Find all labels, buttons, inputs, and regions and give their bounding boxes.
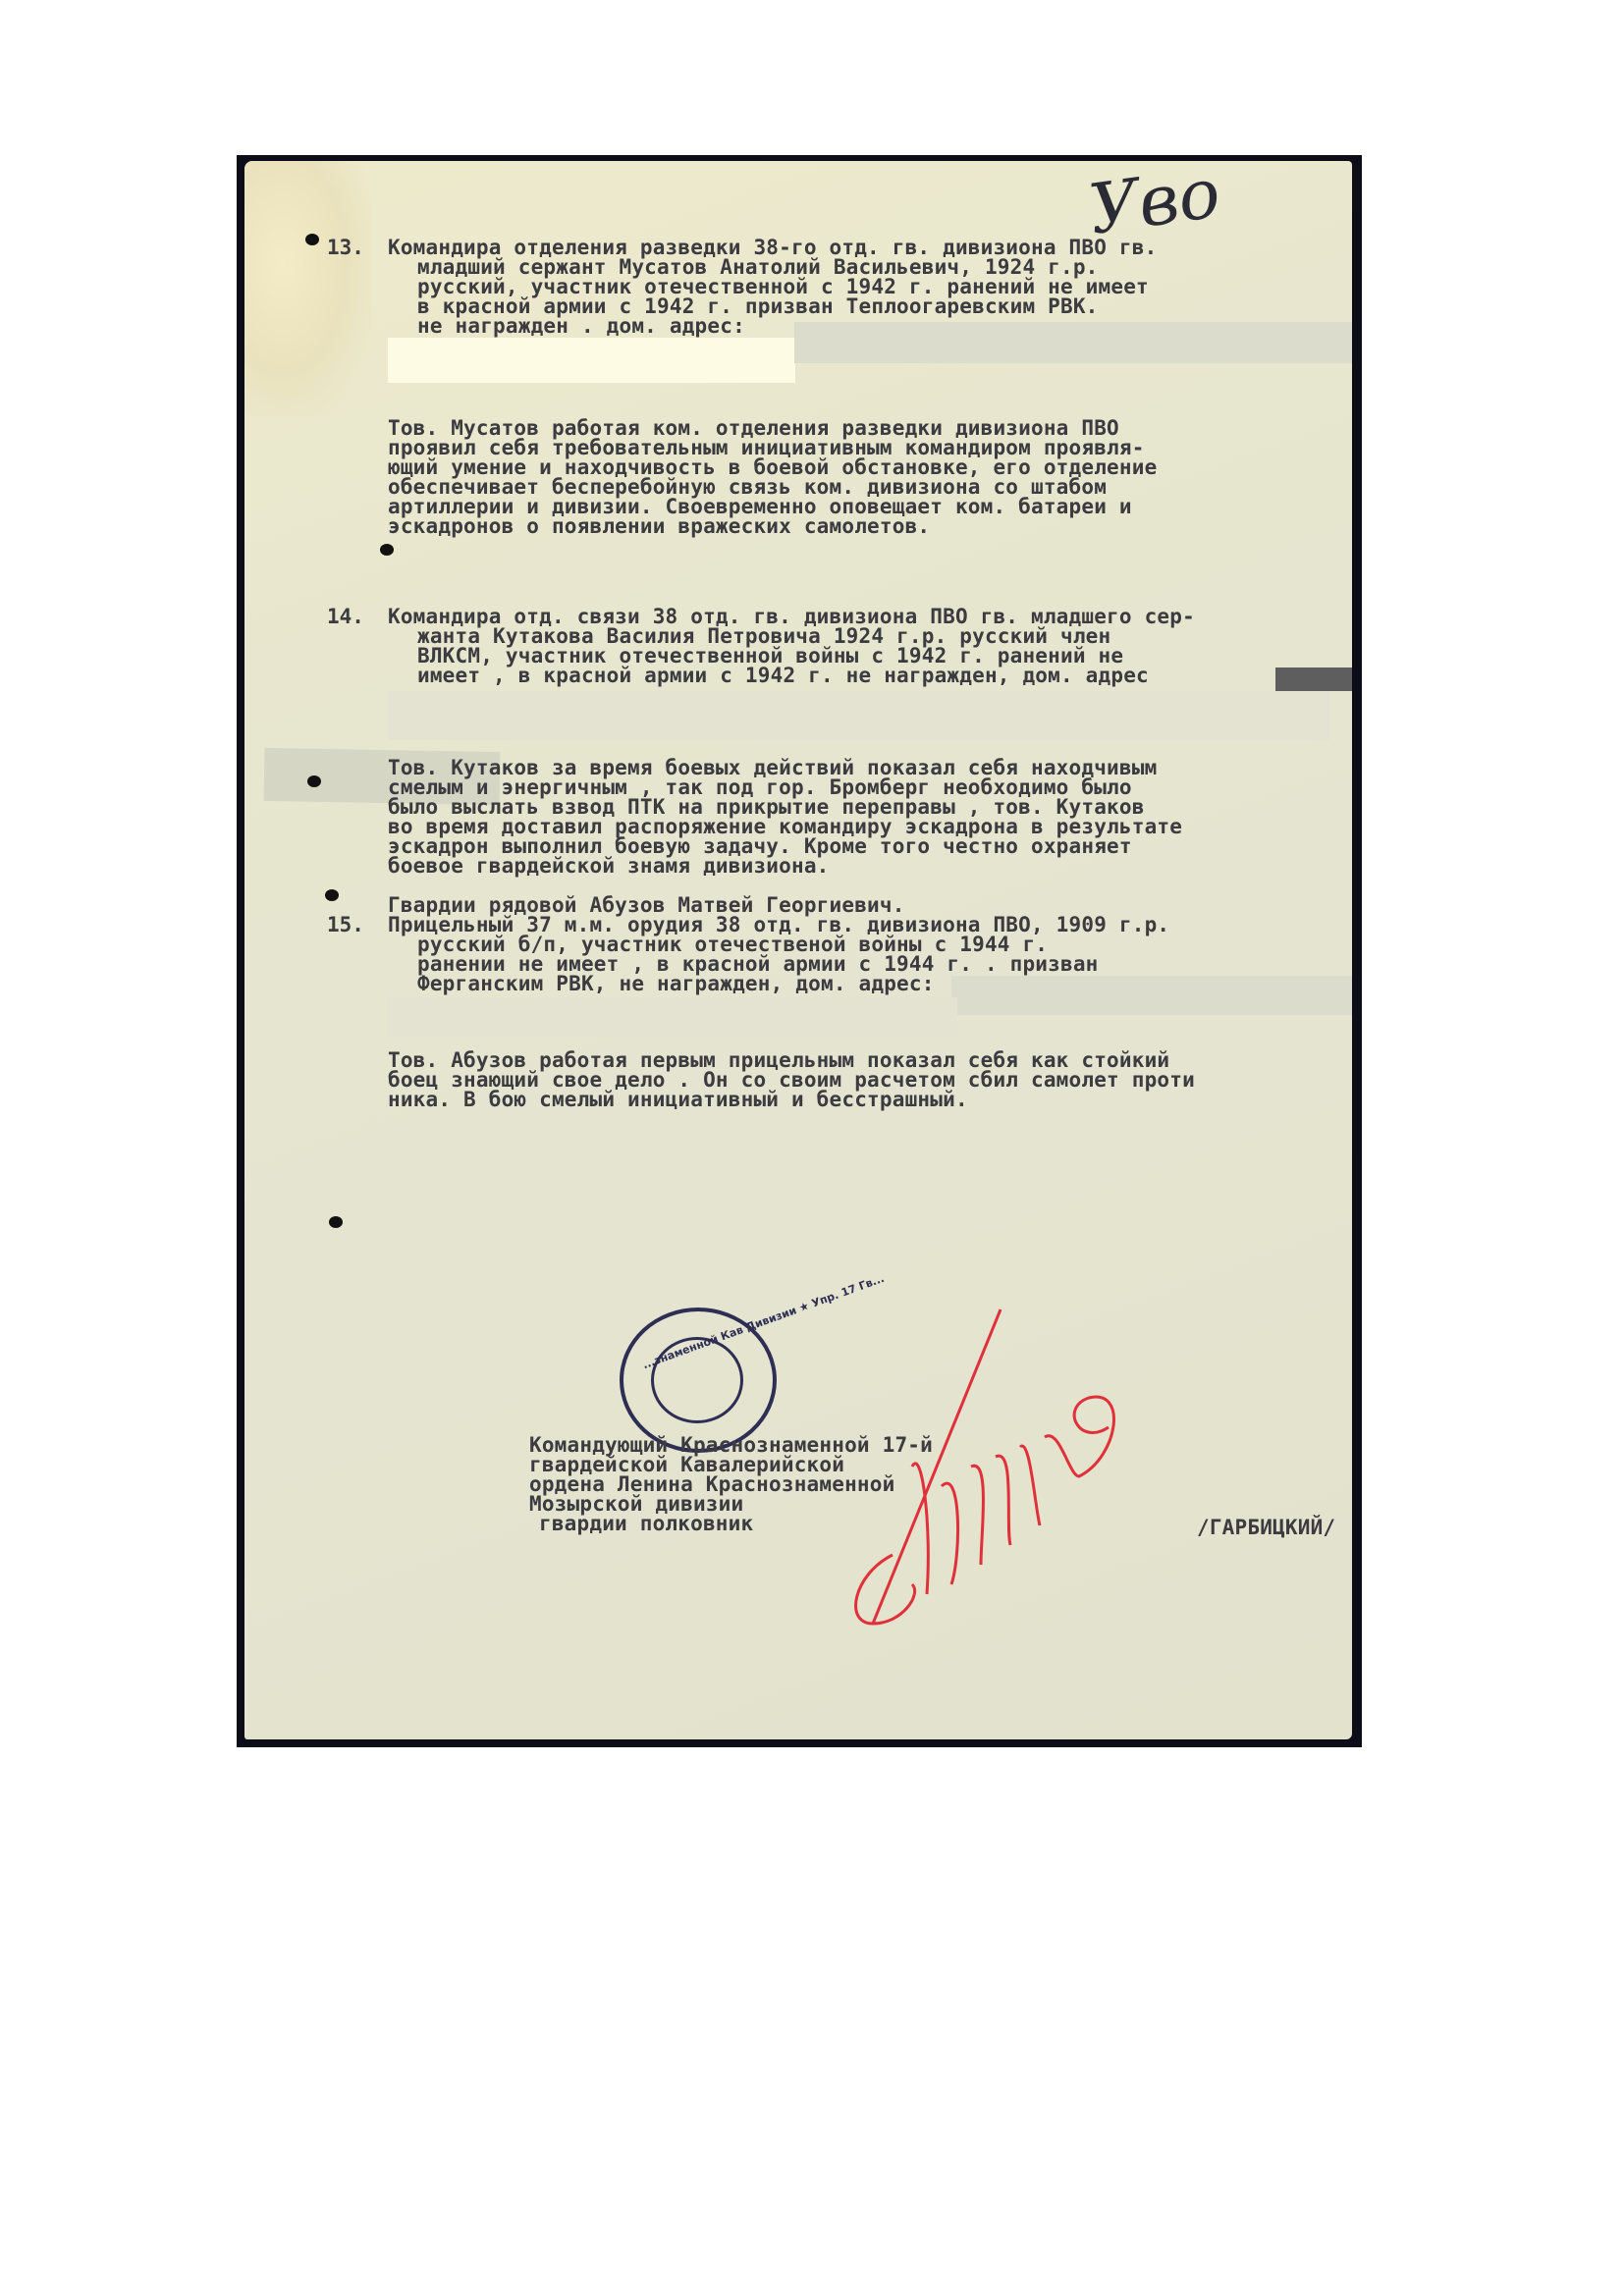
punch-hole	[329, 1216, 343, 1228]
document-scan: Уво 13. Командира отделения разведки 38-…	[237, 155, 1362, 1747]
redacted-address	[951, 976, 1352, 1015]
entry-description-line: ника. В бою смелый инициативный и бесстр…	[388, 1088, 968, 1111]
punch-hole	[305, 234, 319, 245]
handwritten-signature	[834, 1300, 1246, 1673]
entry-description-line: боевое гвардейской знамя дивизиона.	[388, 854, 830, 878]
redacted-address	[1275, 667, 1352, 691]
entry-number: 14.	[327, 605, 364, 628]
entry-header-line: не награжден . дом. адрес:	[417, 314, 745, 338]
entry-header-line: Ферганским РВК, не награжден, дом. адрес…	[417, 972, 935, 995]
redacted-address	[388, 691, 1330, 740]
paper-stain	[244, 161, 372, 416]
redacted-address	[388, 997, 957, 1037]
punch-hole	[325, 889, 339, 901]
document-page: Уво 13. Командира отделения разведки 38-…	[244, 161, 1352, 1739]
punch-hole	[307, 775, 321, 787]
redacted-address	[794, 322, 1352, 363]
entry-number: 13.	[327, 236, 364, 259]
entry-number: 15.	[327, 913, 364, 936]
entry-description-line: эскадронов о появлении вражеских самолет…	[388, 514, 930, 538]
official-stamp: ...знаменной Кав Дивизии ★ Упр. 17 Гв...	[620, 1308, 777, 1453]
redacted-address	[388, 338, 795, 383]
signature-block-line: гвардии полковник	[539, 1512, 753, 1535]
entry-header-line: имеет , в красной армии с 1942 г. не наг…	[417, 664, 1149, 687]
punch-hole	[380, 544, 394, 556]
